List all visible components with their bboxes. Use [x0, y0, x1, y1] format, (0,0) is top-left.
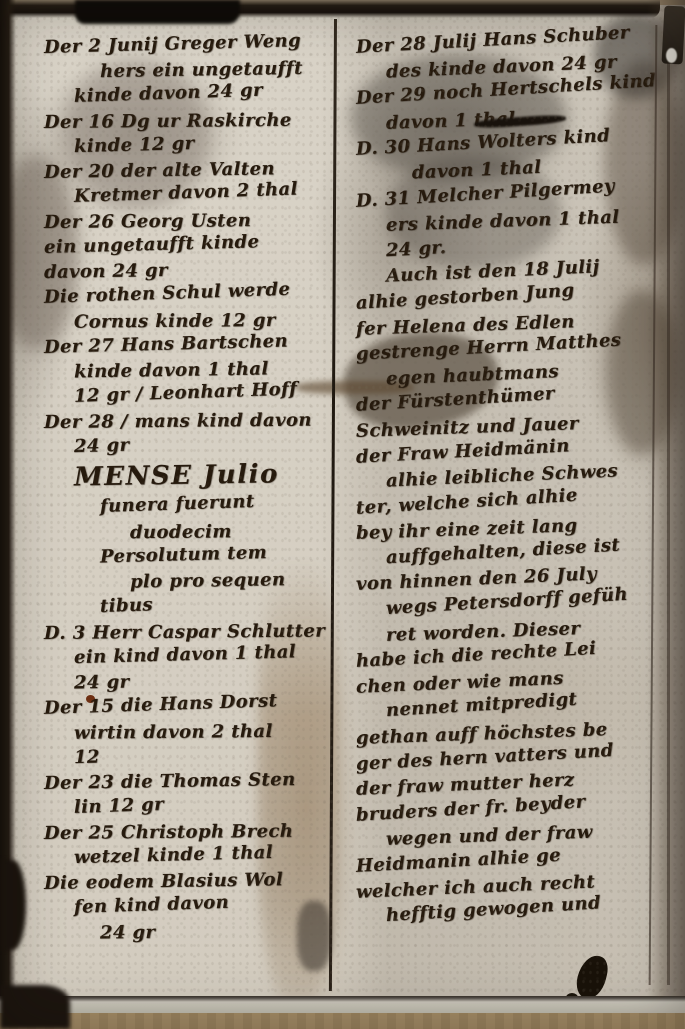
ink-blot: [573, 952, 611, 1001]
left-column: Der 2 Junij Greger Wenghers ein ungetauf…: [42, 35, 342, 946]
manuscript-line: 24 gr: [42, 918, 342, 946]
desk-cloth: [0, 1013, 685, 1029]
manuscript-page: Der 2 Junij Greger Wenghers ein ungetauf…: [6, 5, 685, 996]
page-stack-line-2: [667, 40, 670, 985]
manuscript-photo: Der 2 Junij Greger Wenghers ein ungetauf…: [0, 0, 685, 1029]
book-clasp-highlight: [666, 48, 677, 63]
right-column: Der 28 Julij Hans Schuberdes kinde davon…: [354, 35, 684, 931]
bottom-left-shadow: [0, 985, 70, 1029]
binding-bulge: [0, 860, 26, 950]
book-top-edge-blob: [75, 0, 240, 24]
page-bottom-edge: [0, 996, 685, 1013]
